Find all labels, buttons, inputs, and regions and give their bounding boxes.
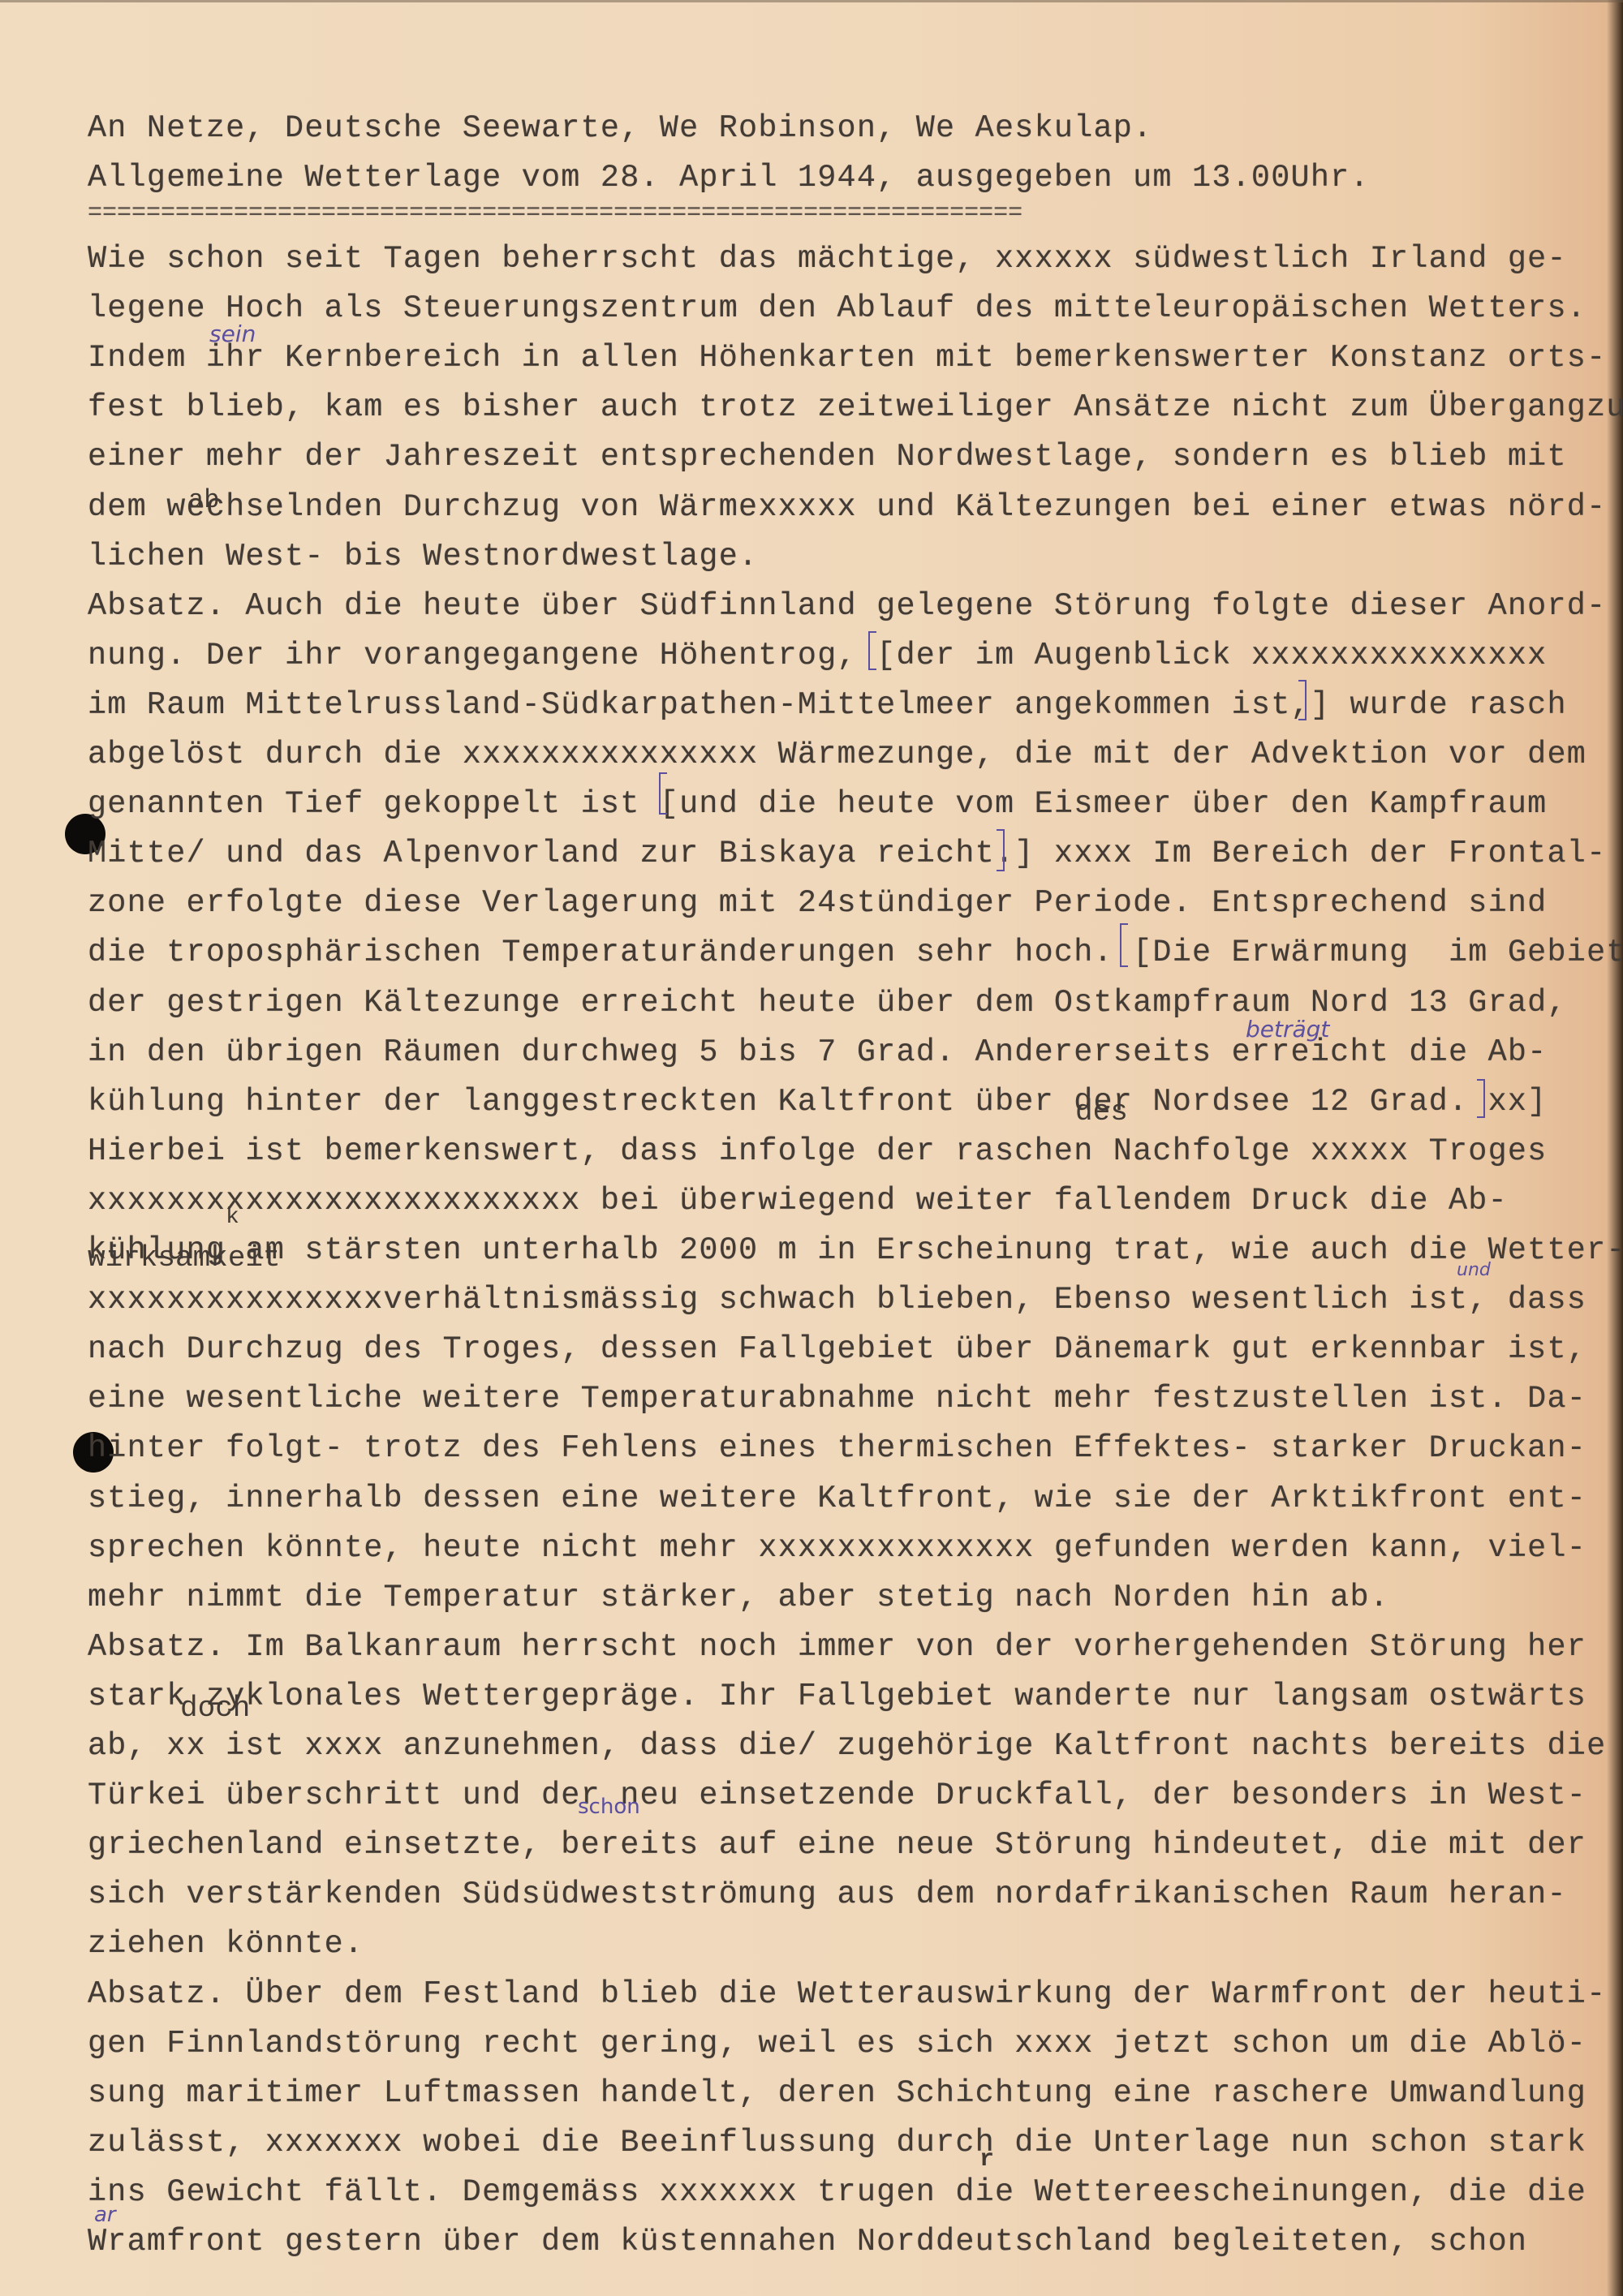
page-top-edge <box>0 0 1623 2</box>
report-line: Türkei überschritt und der neu einsetzen… <box>88 1777 1586 1814</box>
report-line: griechenland einsetzte, bereits auf eine… <box>88 1826 1586 1864</box>
report-line: hinter folgt- trotz des Fehlens eines th… <box>88 1430 1586 1467</box>
report-line: Mitte/ und das Alpenvorland zur Biskaya … <box>88 835 1606 872</box>
report-line: nach Durchzug des Troges, dessen Fallgeb… <box>88 1331 1586 1368</box>
report-line: kühlung am stärsten unterhalb 2000 m in … <box>88 1232 1623 1269</box>
report-line: die troposphärischen Temperaturänderunge… <box>88 934 1623 971</box>
report-line: Hierbei ist bemerkenswert, dass infolge … <box>88 1133 1547 1170</box>
report-line: sich verstärkenden Südsüdwestströmung au… <box>88 1876 1567 1913</box>
report-line: gen Finnlandstörung recht gering, weil e… <box>88 2025 1586 2062</box>
report-line: Wramfront gestern über dem küstennahen N… <box>88 2223 1527 2260</box>
annotation-betraegt: beträgt <box>1246 1016 1329 1043</box>
report-line: mehr nimmt die Temperatur stärker, aber … <box>88 1579 1389 1616</box>
annotation-k: k <box>226 1205 239 1230</box>
bracket-close-2 <box>997 829 1005 871</box>
report-line: im Raum Mittelrussland-Südkarpathen-Mitt… <box>88 686 1567 724</box>
report-line: der gestrigen Kältezunge erreicht heute … <box>88 984 1567 1021</box>
annotation-ar: ar <box>94 2203 116 2227</box>
report-line: abgelöst durch die xxxxxxxxxxxxxxx Wärme… <box>88 736 1586 773</box>
report-line: fest blieb, kam es bisher auch trotz zei… <box>88 389 1623 426</box>
report-line: Absatz. Über dem Festland blieb die Wett… <box>88 1976 1606 2013</box>
annotation-ab: ab <box>188 485 219 515</box>
report-line: zulässt, xxxxxxx wobei die Beeinflussung… <box>88 2124 1586 2161</box>
report-line: einer mehr der Jahreszeit entsprechenden… <box>88 438 1567 475</box>
annotation-und: und <box>1457 1260 1491 1280</box>
report-line: ziehen könnte. <box>88 1925 364 1963</box>
annotation-sein: sein <box>209 320 256 347</box>
report-line: dem wechselnden Durchzug von Wärmexxxxx … <box>88 488 1606 526</box>
report-line: legene Hoch als Steuerungszentrum den Ab… <box>88 290 1586 327</box>
report-line: lichen West- bis Westnordwestlage. <box>88 538 758 575</box>
bracket-open-3 <box>1120 923 1128 967</box>
report-line: xxxxxxxxxxxxxxxxxxxxxxxxx bei überwiegen… <box>88 1182 1508 1219</box>
report-line: zone erfolgte diese Verlagerung mit 24st… <box>88 884 1547 922</box>
report-line: sprechen könnte, heute nicht mehr xxxxxx… <box>88 1529 1586 1567</box>
bracket-close-1 <box>1298 680 1307 720</box>
report-line: xxxxxxxxxxxxxxxverhältnismässig schwach … <box>88 1281 1586 1318</box>
report-line: Indem ihr Kernbereich in allen Höhenkart… <box>88 339 1606 376</box>
report-line: genannten Tief gekoppelt ist [und die he… <box>88 785 1547 823</box>
annotation-r: r <box>979 2146 994 2173</box>
bracket-close-3 <box>1477 1079 1485 1118</box>
typed-insert-doch: doch <box>180 1692 250 1725</box>
report-line: nung. Der ihr vorangegangene Höhentrog, … <box>88 637 1547 674</box>
typed-insert-des: des <box>1075 1095 1128 1129</box>
report-line: sung maritimer Luftmassen handelt, deren… <box>88 2075 1586 2112</box>
annotation-schon: schon <box>578 1795 640 1819</box>
report-line: ab, xx ist xxxx anzunehmen, dass die/ zu… <box>88 1727 1606 1765</box>
recipients-line: An Netze, Deutsche Seewarte, We Robinson… <box>88 110 1152 147</box>
report-line: stark zyklonales Wettergepräge. Ihr Fall… <box>88 1678 1586 1715</box>
typed-insert-wirksamkeit: wirksamkeit <box>88 1241 281 1275</box>
report-line: Wie schon seit Tagen beherrscht das mäch… <box>88 240 1567 277</box>
bracket-open-1 <box>868 631 876 670</box>
report-line: eine wesentliche weitere Temperaturabnah… <box>88 1380 1586 1417</box>
report-line: Absatz. Auch die heute über Südfinnland … <box>88 587 1606 625</box>
title-underline: ========================================… <box>88 195 1022 232</box>
bracket-open-2 <box>659 772 667 815</box>
document-title: Allgemeine Wetterlage vom 28. April 1944… <box>88 159 1370 196</box>
report-line: kühlung hinter der langgestreckten Kaltf… <box>88 1083 1547 1120</box>
document-page: An Netze, Deutsche Seewarte, We Robinson… <box>0 0 1623 2296</box>
report-line: ins Gewicht fällt. Demgemäss xxxxxxx tru… <box>88 2173 1586 2211</box>
report-line: Absatz. Im Balkanraum herrscht noch imme… <box>88 1628 1586 1666</box>
report-line: stieg, innerhalb dessen eine weitere Kal… <box>88 1480 1586 1517</box>
